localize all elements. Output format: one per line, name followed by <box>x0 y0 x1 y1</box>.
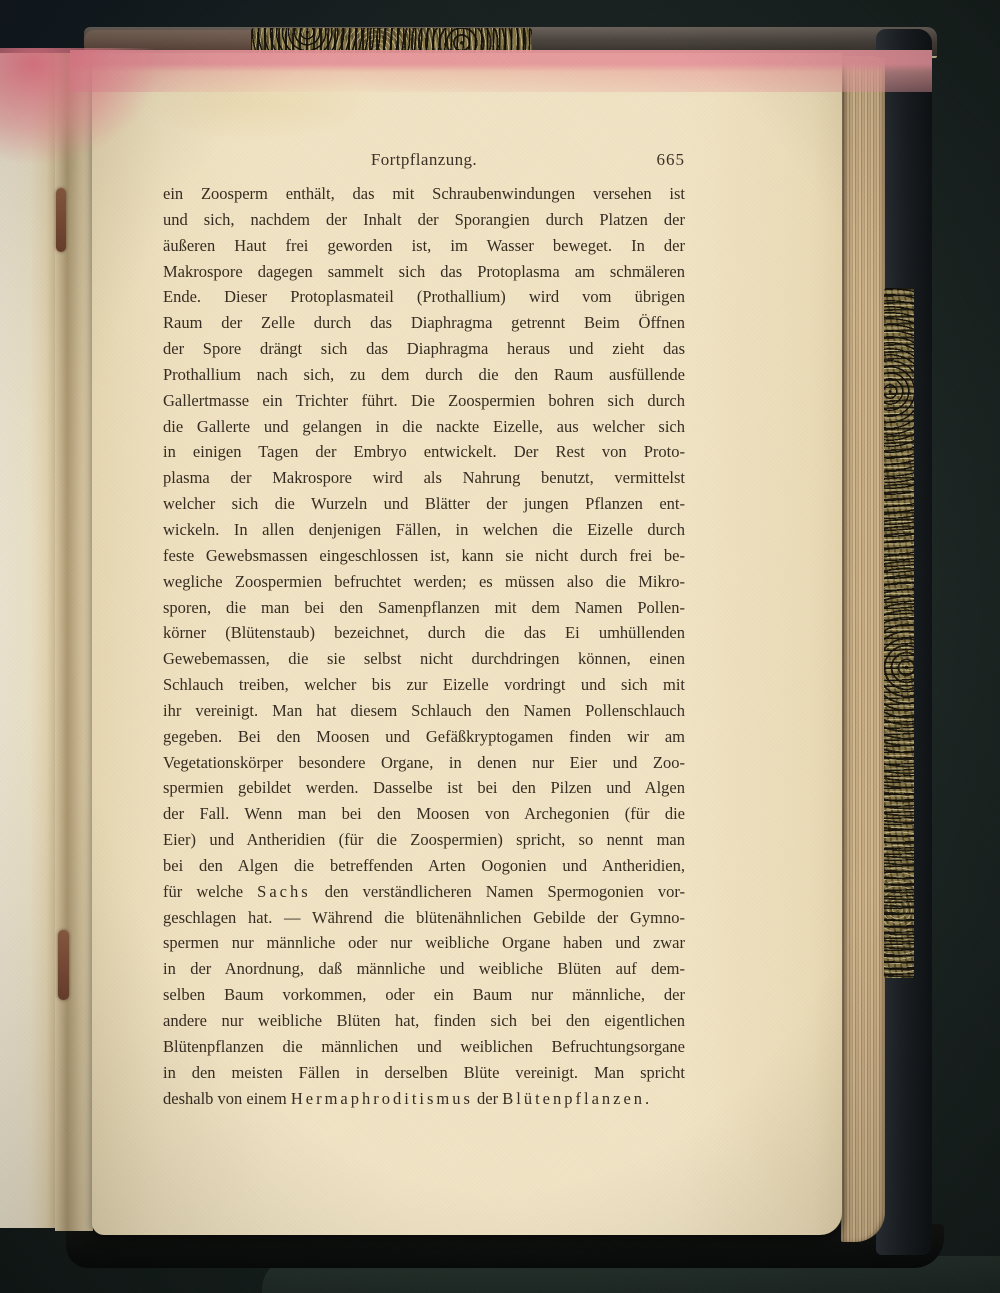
text-line: selben Baum vorkommen, oder ein Baum nur… <box>163 982 685 1008</box>
text-line: Eier) und Antheridien (für die Zoospermi… <box>163 827 685 853</box>
text-line: Gewebemassen, die sie selbst nicht durch… <box>163 646 685 672</box>
letterspaced-word: Blütenpflanzen. <box>502 1089 652 1108</box>
text-line: für welche Sachs den verständlicheren Na… <box>163 879 685 905</box>
letterspaced-word: Sachs <box>257 882 311 901</box>
text-line: ein Zoosperm enthält, das mit Schraubenw… <box>163 181 685 207</box>
text-block: ein Zoosperm enthält, das mit Schraubenw… <box>163 181 685 1111</box>
text-segment: deshalb von einem <box>163 1089 291 1108</box>
text-segment: für welche <box>163 882 257 901</box>
text-line: Vegetationskörper besondere Organe, in d… <box>163 750 685 776</box>
text-line: Ende. Dieser Protoplasmateil (Prothalliu… <box>163 284 685 310</box>
text-line: Blütenpflanzen die männlichen und weibli… <box>163 1034 685 1060</box>
text-line: Makrospore dagegen sammelt sich das Prot… <box>163 259 685 285</box>
text-segment: der <box>473 1089 502 1108</box>
text-line: geschlagen hat. — Während die blütenähnl… <box>163 905 685 931</box>
text-line: andere nur weibliche Blüten hat, finden … <box>163 1008 685 1034</box>
text-line: wickeln. In allen denjenigen Fällen, in … <box>163 517 685 543</box>
text-segment: den verständlicheren Namen Spermogonien … <box>311 882 685 901</box>
text-line: Raum der Zelle durch das Diaphragma getr… <box>163 310 685 336</box>
spine-headcap <box>84 30 270 54</box>
page-number: 665 <box>477 150 685 170</box>
text-line: und sich, nachdem der Inhalt der Sporang… <box>163 207 685 233</box>
text-line: in einigen Tagen der Embryo entwickelt. … <box>163 439 685 465</box>
binding-stitch <box>56 188 66 252</box>
marbled-headband <box>251 28 532 55</box>
text-line: plasma der Makrospore wird als Nahrung b… <box>163 465 685 491</box>
text-line: feste Gewebsmassen eingeschlossen ist, k… <box>163 543 685 569</box>
text-line: wegliche Zoospermien befruchtet werden; … <box>163 569 685 595</box>
text-line: der Spore drängt sich das Diaphragma her… <box>163 336 685 362</box>
page-edge-stack <box>841 57 885 1242</box>
text-line: äußeren Haut frei geworden ist, im Wasse… <box>163 233 685 259</box>
text-line: die Gallerte und gelangen in die nackte … <box>163 414 685 440</box>
text-line: sporen, die man bei den Samenpflanzen mi… <box>163 595 685 621</box>
text-line: Prothallium nach sich, zu dem durch die … <box>163 362 685 388</box>
marbled-fore-edge <box>884 288 914 978</box>
text-line: spermen nur männliche oder nur weibliche… <box>163 930 685 956</box>
text-line: in der Anordnung, daß männliche und weib… <box>163 956 685 982</box>
text-line: ihr vereinigt. Man hat diesem Schlauch d… <box>163 698 685 724</box>
binding-stitch <box>58 930 69 1000</box>
text-line: der Fall. Wenn man bei den Moosen von Ar… <box>163 801 685 827</box>
text-line: Schlauch treiben, welcher bis zur Eizell… <box>163 672 685 698</box>
text-line: welcher sich die Wurzeln und Blätter der… <box>163 491 685 517</box>
running-title: Fortpflanzung. <box>371 150 477 170</box>
letterspaced-word: Hermaphroditismus <box>291 1089 473 1108</box>
text-line: spermien gebildet werden. Dasselbe ist b… <box>163 775 685 801</box>
text-line: gegeben. Bei den Moosen und Gefäßkryptog… <box>163 724 685 750</box>
page-header: Fortpflanzung. 665 <box>163 150 685 172</box>
book-page: Fortpflanzung. 665 ein Zoosperm enthält,… <box>92 53 842 1235</box>
text-line: körner (Blütenstaub) bezeichnet, durch d… <box>163 620 685 646</box>
text-line: bei den Algen die betreffenden Arten Oog… <box>163 853 685 879</box>
facing-page-sliver <box>0 53 55 1228</box>
text-line: deshalb von einem Hermaphroditismus der … <box>163 1086 685 1112</box>
text-line: Gallertmasse ein Trichter führt. Die Zoo… <box>163 388 685 414</box>
text-line: in den meisten Fällen in derselben Blüte… <box>163 1060 685 1086</box>
